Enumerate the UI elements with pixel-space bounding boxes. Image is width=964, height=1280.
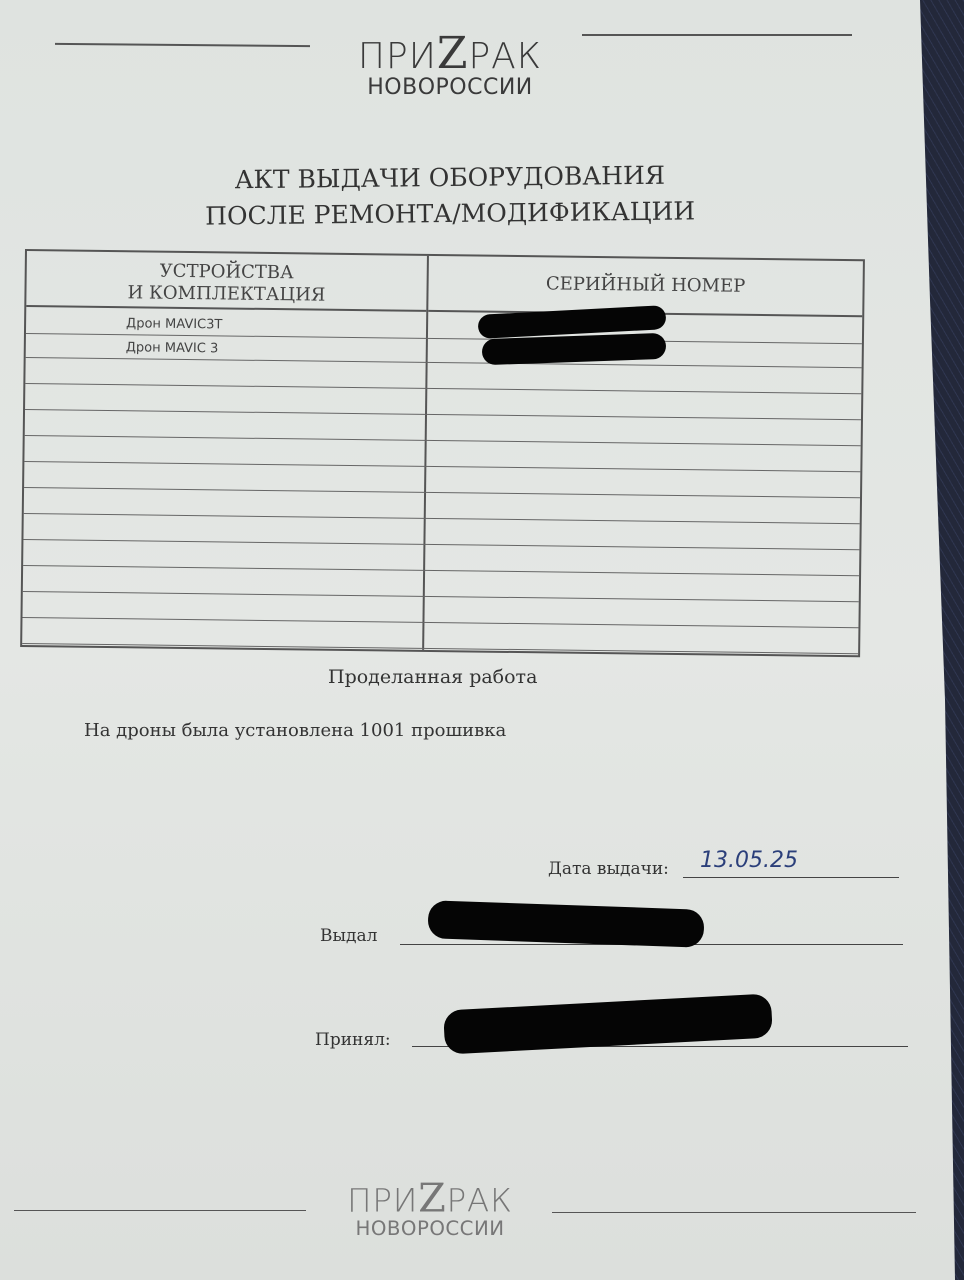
footer-rule-right [552, 1212, 916, 1213]
device-cell: Дрон MAVIC3T [126, 316, 222, 332]
header-rule-right [582, 34, 852, 36]
header-devices: УСТРОЙСТВА И КОМПЛЕКТАЦИЯ [26, 251, 427, 312]
equipment-table: УСТРОЙСТВА И КОМПЛЕКТАЦИЯ СЕРИЙНЫЙ НОМЕР… [20, 249, 865, 657]
device-cell: Дрон MAVIC 3 [126, 340, 219, 356]
issue-date-value: 13.05.25 [700, 848, 798, 873]
issued-by-label: Выдал [320, 926, 377, 946]
issue-date-label: Дата выдачи: [548, 859, 669, 879]
work-text: На дроны была установлена 1001 прошивка [84, 720, 506, 741]
paper-sheet: ПРИZРАК НОВОРОССИИ АКТ ВЫДАЧИ ОБОРУДОВАН… [0, 0, 964, 1280]
document-title: АКТ ВЫДАЧИ ОБОРУДОВАНИЯ ПОСЛЕ РЕМОНТА/МО… [200, 157, 701, 234]
footer-rule-left [14, 1210, 306, 1211]
logo-bottom: ПРИZРАК НОВОРОССИИ [340, 1176, 520, 1241]
header-rule-left [55, 43, 310, 47]
received-by-label: Принял: [315, 1030, 391, 1050]
logo-top: ПРИZРАК НОВОРОССИИ [340, 28, 560, 100]
redaction-issued-by [427, 900, 704, 948]
work-heading: Проделанная работа [328, 666, 537, 688]
issue-date-line [683, 877, 899, 878]
